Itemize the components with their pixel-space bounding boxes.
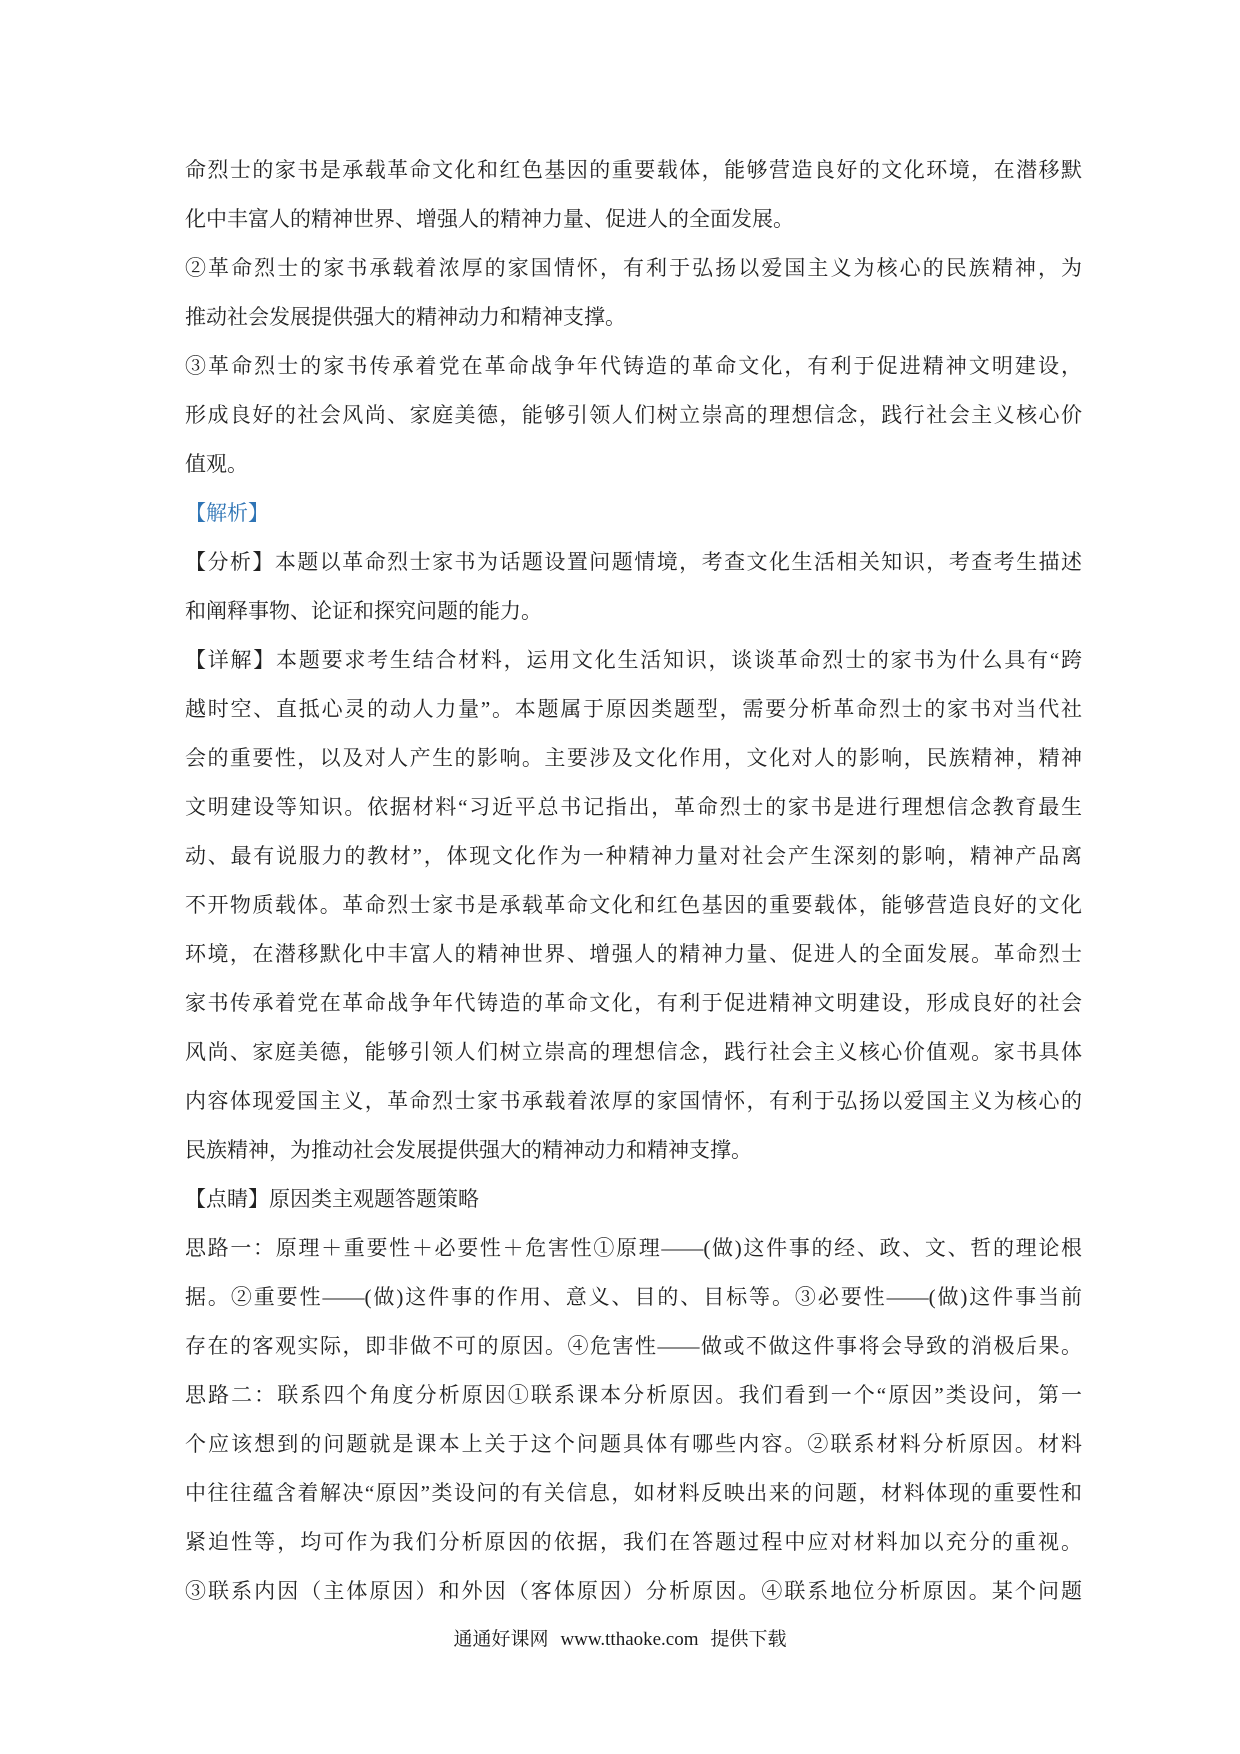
document-line: ②革命烈士的家书承载着浓厚的家国情怀，有利于弘扬以爱国主义为核心的民族精神，为 — [185, 244, 1082, 293]
document-line: ③革命烈士的家书传承着党在革命战争年代铸造的革命文化，有利于促进精神文明建设， — [185, 342, 1082, 391]
document-line: 形成良好的社会风尚、家庭美德，能够引领人们树立崇高的理想信念，践行社会主义核心价 — [185, 391, 1082, 440]
footer-site-name: 通通好课网 — [447, 1629, 554, 1650]
document-line: 化中丰富人的精神世界、增强人的精神力量、促进人的全面发展。 — [185, 195, 1082, 244]
document-line: 动、最有说服力的教材”，体现文化作为一种精神力量对社会产生深刻的影响，精神产品离 — [185, 832, 1082, 881]
footer-suffix: 提供下载 — [705, 1629, 793, 1650]
document-line: 【详解】本题要求考生结合材料，运用文化生活知识，谈谈革命烈士的家书为什么具有“跨 — [185, 636, 1082, 685]
document-line: 紧迫性等，均可作为我们分析原因的依据，我们在答题过程中应对材料加以充分的重视。 — [185, 1518, 1082, 1567]
footer-credit: 通通好课网www.tthaoke.com提供下载 — [0, 1620, 1240, 1660]
document-line: 家书传承着党在革命战争年代铸造的革命文化，有利于促进精神文明建设，形成良好的社会 — [185, 979, 1082, 1028]
document-line: 会的重要性，以及对人产生的影响。主要涉及文化作用，文化对人的影响，民族精神，精神 — [185, 734, 1082, 783]
document-line: 文明建设等知识。依据材料“习近平总书记指出，革命烈士的家书是进行理想信念教育最生 — [185, 783, 1082, 832]
document-line: 值观。 — [185, 440, 1082, 489]
key-point-heading: 【点睛】原因类主观题答题策略 — [185, 1175, 1082, 1224]
document-body: 命烈士的家书是承载革命文化和红色基因的重要载体，能够营造良好的文化环境，在潜移默… — [185, 146, 1082, 1616]
document-line: 个应该想到的问题就是课本上关于这个问题具体有哪些内容。②联系材料分析原因。材料 — [185, 1420, 1082, 1469]
document-line: 不开物质载体。革命烈士家书是承载革命文化和红色基因的重要载体，能够营造良好的文化 — [185, 881, 1082, 930]
document-line: 【分析】本题以革命烈士家书为话题设置问题情境，考查文化生活相关知识，考查考生描述 — [185, 538, 1082, 587]
document-line: 思路二：联系四个角度分析原因①联系课本分析原因。我们看到一个“原因”类设问，第一 — [185, 1371, 1082, 1420]
document-line: 风尚、家庭美德，能够引领人们树立崇高的理想信念，践行社会主义核心价值观。家书具体 — [185, 1028, 1082, 1077]
document-line: 推动社会发展提供强大的精神动力和精神支撑。 — [185, 293, 1082, 342]
document-line: 中往往蕴含着解决“原因”类设问的有关信息，如材料反映出来的问题，材料体现的重要性… — [185, 1469, 1082, 1518]
document-line: 民族精神，为推动社会发展提供强大的精神动力和精神支撑。 — [185, 1126, 1082, 1175]
document-line: 据。②重要性——(做)这件事的作用、意义、目的、目标等。③必要性——(做)这件事… — [185, 1273, 1082, 1322]
document-line: 命烈士的家书是承载革命文化和红色基因的重要载体，能够营造良好的文化环境，在潜移默 — [185, 146, 1082, 195]
document-line: 内容体现爱国主义，革命烈士家书承载着浓厚的家国情怀，有利于弘扬以爱国主义为核心的 — [185, 1077, 1082, 1126]
document-line: ③联系内因（主体原因）和外因（客体原因）分析原因。④联系地位分析原因。某个问题 — [185, 1567, 1082, 1616]
document-line: 和阐释事物、论证和探究问题的能力。 — [185, 587, 1082, 636]
document-page: 命烈士的家书是承载革命文化和红色基因的重要载体，能够营造良好的文化环境，在潜移默… — [0, 0, 1240, 1754]
document-line: 存在的客观实际，即非做不可的原因。④危害性——做或不做这件事将会导致的消极后果。 — [185, 1322, 1082, 1371]
document-line: 环境，在潜移默化中丰富人的精神世界、增强人的精神力量、促进人的全面发展。革命烈士 — [185, 930, 1082, 979]
document-line: 思路一：原理＋重要性＋必要性＋危害性①原理——(做)这件事的经、政、文、哲的理论… — [185, 1224, 1082, 1273]
analysis-heading: 【解析】 — [185, 489, 1082, 538]
document-line: 越时空、直抵心灵的动人力量”。本题属于原因类题型，需要分析革命烈士的家书对当代社 — [185, 685, 1082, 734]
footer-url: www.tthaoke.com — [554, 1629, 704, 1650]
